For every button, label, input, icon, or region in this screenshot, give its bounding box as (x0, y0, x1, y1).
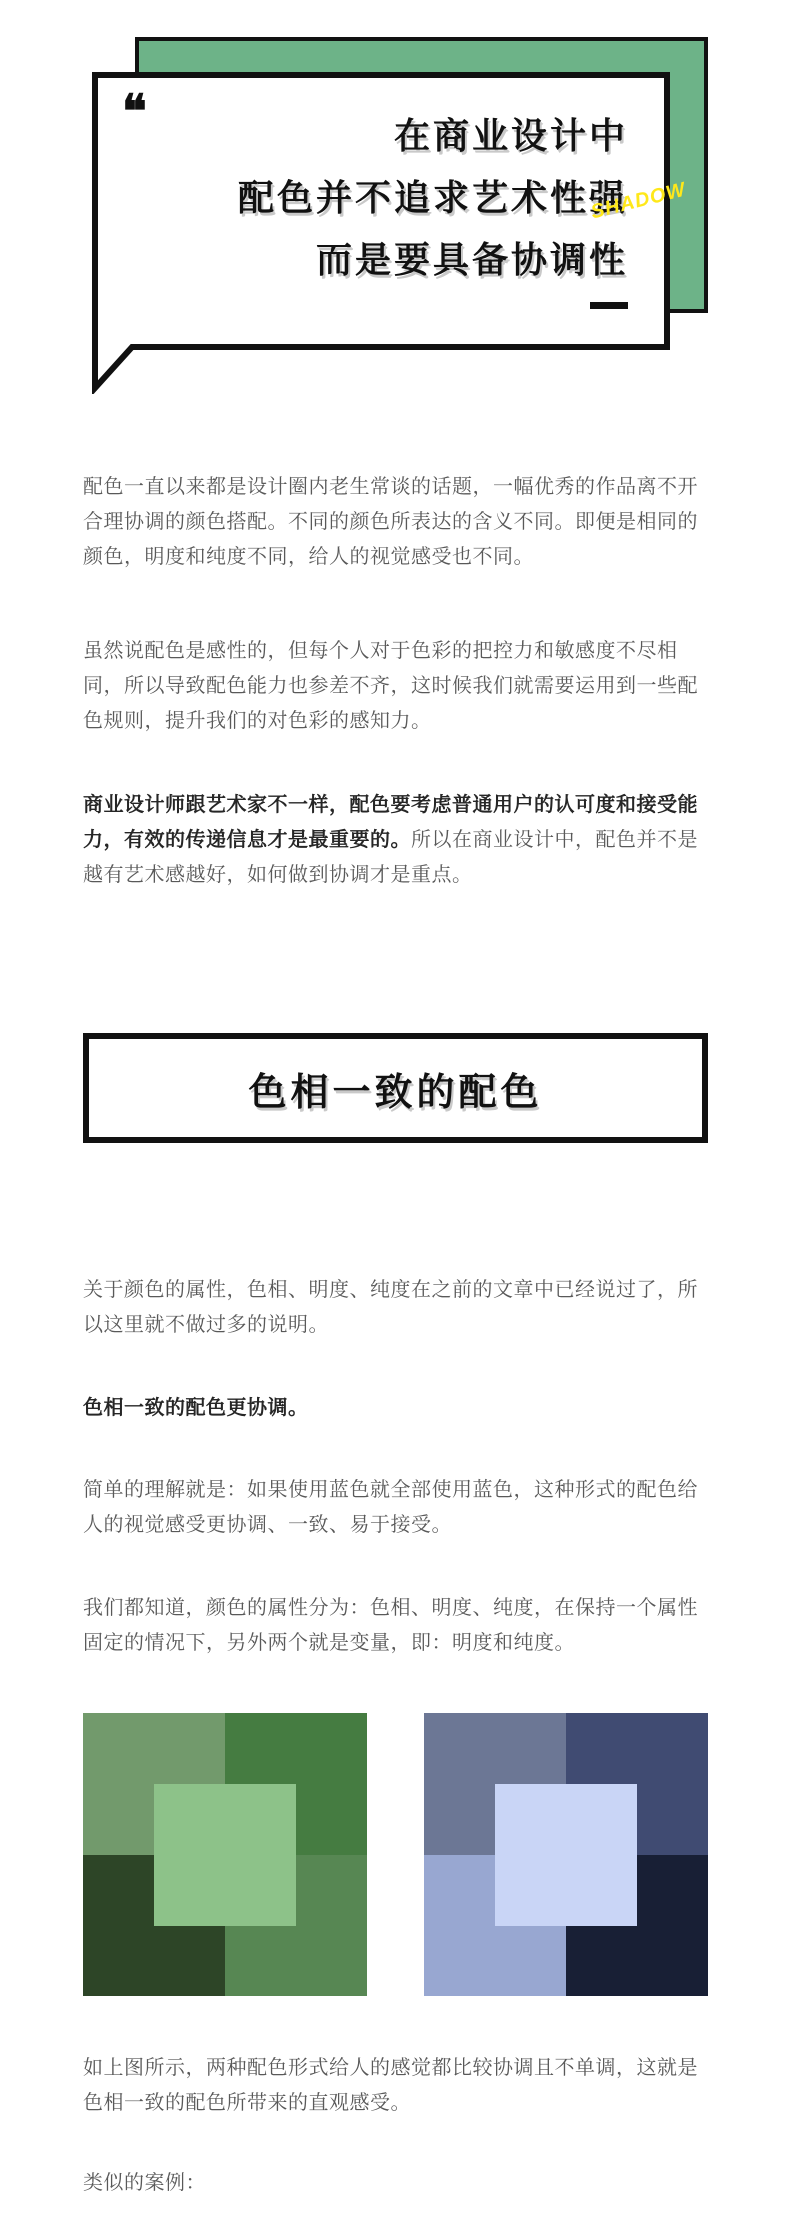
blue-swatch-center (495, 1784, 637, 1926)
quote-line-2: 配色并不追求艺术性强 (238, 167, 628, 229)
article-content: ❝ 在商业设计中 配色并不追求艺术性强 而是要具备协调性 SHADOW 配色一直… (0, 0, 800, 2201)
palette-green (83, 1713, 367, 1996)
paragraph-section-2-bold: 色相一致的配色更协调。 (83, 1391, 708, 1426)
paragraph-intro-3: 商业设计师跟艺术家不一样，配色要考虑普通用户的认可度和接受能力，有效的传递信息才… (83, 788, 708, 893)
paragraph-section-4: 我们都知道，颜色的属性分为：色相、明度、纯度，在保持一个属性固定的情况下，另外两… (83, 1591, 708, 1661)
dash-divider (590, 302, 628, 309)
paragraph-intro-2: 虽然说配色是感性的，但每个人对于色彩的把控力和敏感度不尽相同，所以导致配色能力也… (83, 634, 708, 739)
speech-bubble-tail-icon (92, 344, 148, 394)
green-swatch-center (154, 1784, 296, 1926)
paragraph-similar-cases: 类似的案例： (83, 2166, 708, 2201)
palette-blue (424, 1713, 708, 1996)
section-title-box: 色相一致的配色 (83, 1033, 708, 1143)
quote-line-1: 在商业设计中 (238, 105, 628, 167)
paragraph-section-3: 简单的理解就是：如果使用蓝色就全部使用蓝色，这种形式的配色给人的视觉感受更协调、… (83, 1473, 708, 1543)
speech-bubble: ❝ 在商业设计中 配色并不追求艺术性强 而是要具备协调性 SHADOW (92, 72, 670, 350)
quote-line-3: 而是要具备协调性 (238, 229, 628, 291)
paragraph-section-1: 关于颜色的属性，色相、明度、纯度在之前的文章中已经说过了，所以这里就不做过多的说… (83, 1273, 708, 1343)
quote-text-block: 在商业设计中 配色并不追求艺术性强 而是要具备协调性 (238, 105, 628, 291)
quote-header: ❝ 在商业设计中 配色并不追求艺术性强 而是要具备协调性 SHADOW (83, 0, 708, 350)
paragraph-conclusion: 如上图所示，两种配色形式给人的感觉都比较协调且不单调，这就是色相一致的配色所带来… (83, 2051, 708, 2121)
palette-row (83, 1713, 708, 1996)
quote-mark-icon: ❝ (122, 88, 147, 134)
section-title: 色相一致的配色 (248, 1061, 542, 1116)
paragraph-intro-1: 配色一直以来都是设计圈内老生常谈的话题，一幅优秀的作品离不开合理协调的颜色搭配。… (83, 470, 708, 575)
